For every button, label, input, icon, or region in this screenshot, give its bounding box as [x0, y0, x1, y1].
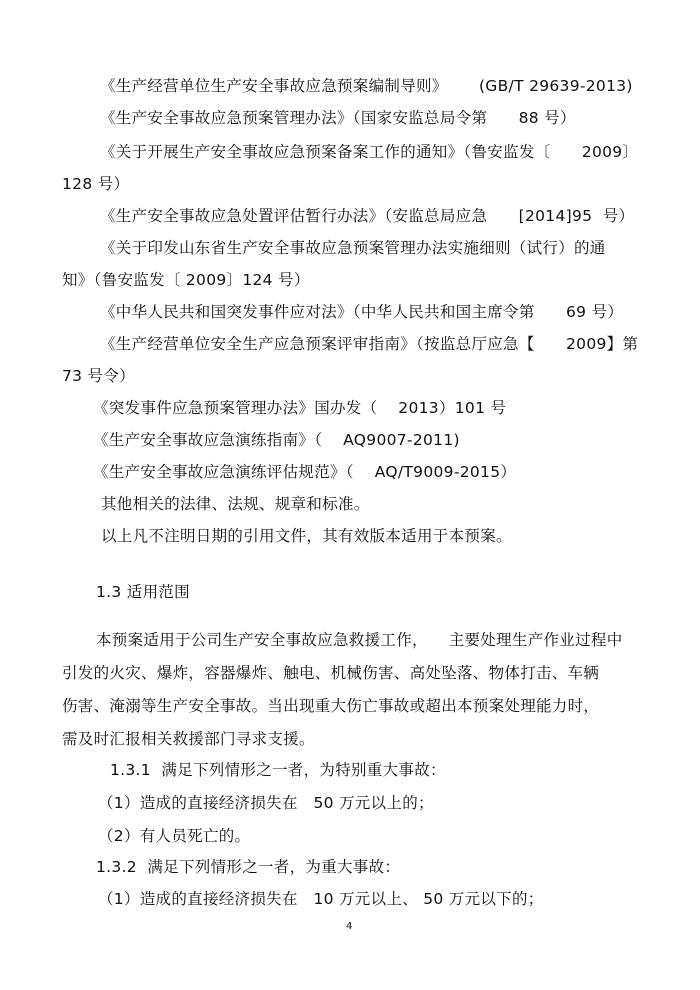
text-line: 73 号令） — [62, 366, 135, 386]
text-line: 以上凡不注明日期的引用文件，其有效版本适用于本预案。 — [101, 526, 512, 546]
text-line: 《生产安全事故应急处置评估暂行办法》（安监总局应急 [2014]95 号） — [100, 206, 634, 226]
text-line: 伤害、淹溺等生产安全事故。当出现重大伤亡事故或超出本预案处理能力时， — [62, 696, 599, 716]
text-line: 《关于印发山东省生产安全事故应急预案管理办法实施细则（试行）的通 — [100, 238, 606, 258]
text-line: 1.3.2 满足下列情形之一者，为重大事故： — [96, 857, 400, 877]
text-line: 《中华人民共和国突发事件应对法》（中华人民共和国主席令第 69 号） — [100, 302, 623, 322]
text-line: 《生产安全事故应急演练指南》（ AQ9007-2011) — [93, 430, 460, 450]
text-line: 引发的火灾、爆炸，容器爆炸、触电、机械伤害、高处坠落、物体打击、车辆 — [62, 663, 599, 683]
text-line: （1）造成的直接经济损失在 50 万元以上的； — [98, 793, 434, 813]
text-line: 知》（鲁安监发〔 2009〕124 号） — [62, 270, 310, 290]
text-line: 《生产安全事故应急预案管理办法》（国家安监总局令第 88 号） — [100, 108, 576, 128]
text-line: 其他相关的法律、法规、规章和标准。 — [101, 494, 370, 514]
text-line: 本预案适用于公司生产安全事故应急救援工作， 主要处理生产作业过程中 — [96, 630, 623, 650]
text-line: 《生产经营单位生产安全事故应急预案编制导则》 (GB/T 29639-2013) — [100, 76, 633, 96]
text-line: 《生产安全事故应急演练评估规范》（ AQ/T9009-2015） — [93, 462, 516, 482]
text-line: 《关于开展生产安全事故应急预案备案工作的通知》（鲁安监发〔 2009〕 — [100, 142, 638, 162]
text-line: 《生产经营单位安全生产应急预案评审指南》（按监总厅应急【 2009】第 — [100, 334, 638, 354]
text-line: 《突发事件应急预案管理办法》国办发（ 2013）101 号 — [93, 398, 506, 418]
page-number: 4 — [346, 921, 352, 932]
text-line: （1）造成的直接经济损失在 10 万元以上、 50 万元以下的； — [98, 889, 544, 909]
text-line: 128 号） — [62, 174, 129, 194]
text-line: 1.3 适用范围 — [96, 582, 190, 602]
text-line: 需及时汇报相关救援部门寻求支援。 — [62, 729, 315, 749]
text-line: 1.3.1 满足下列情形之一者，为特别重大事故： — [110, 760, 446, 780]
text-line: （2）有人员死亡的。 — [98, 826, 250, 846]
